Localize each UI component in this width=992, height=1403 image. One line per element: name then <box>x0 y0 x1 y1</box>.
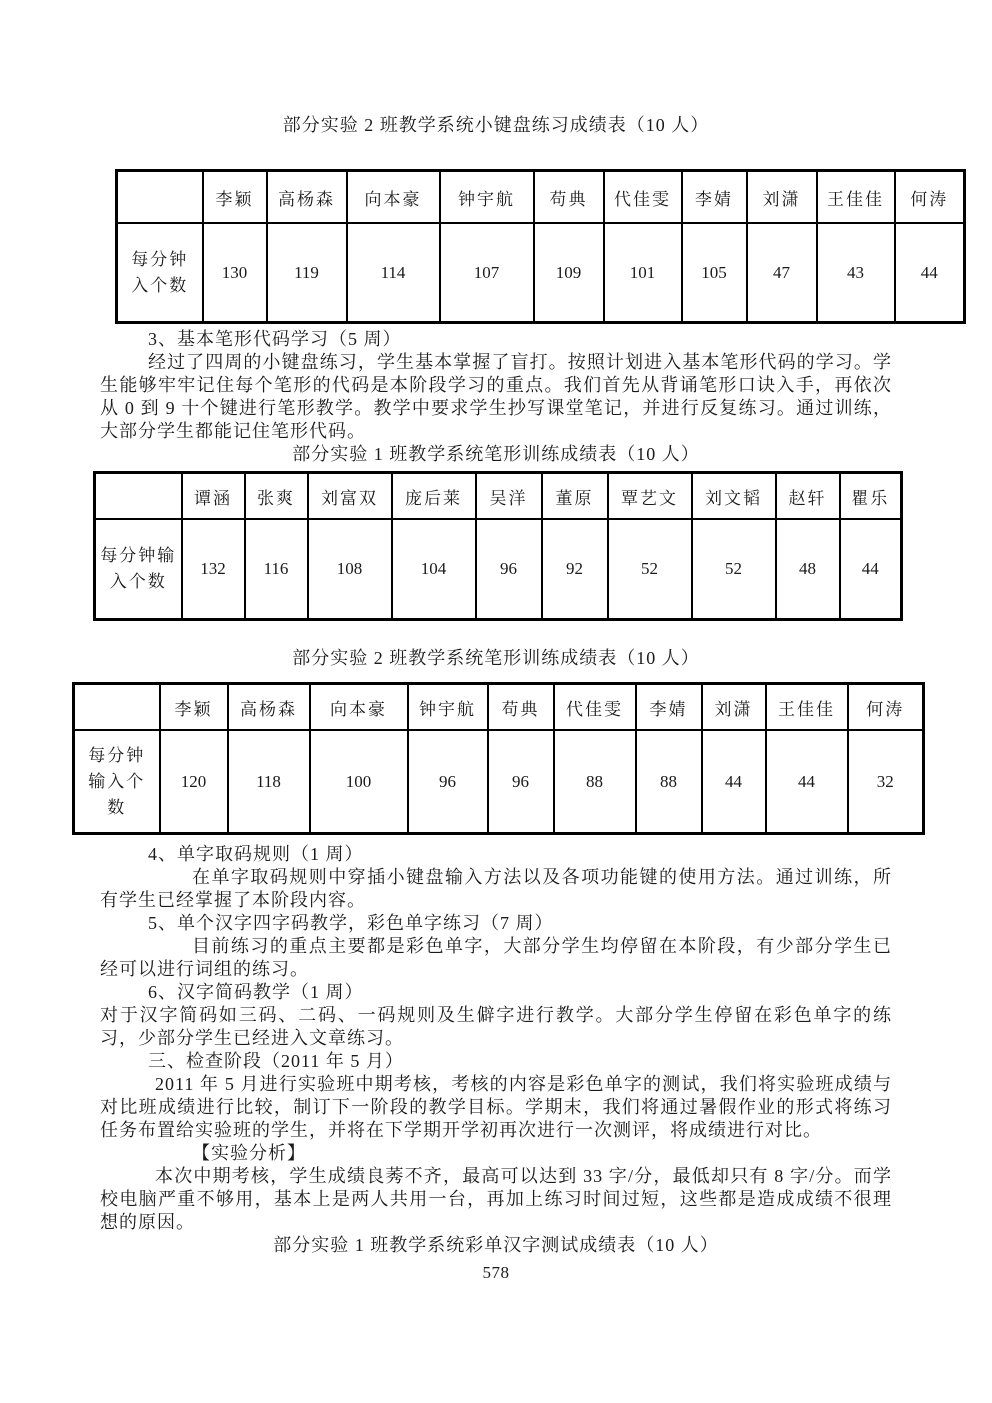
section-4-heading: 4、单字取码规则（1 周） <box>100 843 892 866</box>
score-cell: 100 <box>310 730 408 834</box>
student-name-cell: 钟宇航 <box>408 684 488 731</box>
analysis-heading: 【实验分析】 <box>100 1142 892 1165</box>
score-table-1: 李颖 高杨森 向本豪 钟宇航 苟典 代佳雯 李婧 刘潇 王佳佳 何涛 每分钟入个… <box>115 169 966 324</box>
student-name-cell: 赵轩 <box>776 473 840 520</box>
score-table-3: 李颖 高杨森 向本豪 钟宇航 苟典 代佳雯 李婧 刘潇 王佳佳 何涛 每分钟输入… <box>72 682 925 835</box>
row-label-cell: 每分钟入个数 <box>117 223 203 323</box>
table-4-title: 部分实验 1 班教学系统彩单汉字测试成绩表（10 人） <box>0 1234 992 1257</box>
section-5-paragraph: 目前练习的重点主要都是彩色单字，大部分学生均停留在本阶段，有少部分学生已经可以进… <box>100 935 892 981</box>
student-name-cell: 苟典 <box>488 684 554 731</box>
student-name-cell: 张爽 <box>245 473 308 520</box>
table-3-title: 部分实验 2 班教学系统笔形训练成绩表（10 人） <box>0 647 992 670</box>
student-name-cell: 向本豪 <box>347 171 440 224</box>
row-label-cell: 每分钟输入个数 <box>95 519 182 620</box>
student-name-cell: 何涛 <box>895 171 965 224</box>
score-table-2: 谭涵 张爽 刘富双 庞后莱 吴洋 董原 覃艺文 刘文韬 赵轩 瞿乐 每分钟输入个… <box>93 471 903 621</box>
score-cell: 132 <box>182 519 245 620</box>
section-3-heading: 3、基本笔形代码学习（5 周） <box>100 328 892 351</box>
score-cell: 52 <box>608 519 692 620</box>
table-row: 李颖 高杨森 向本豪 钟宇航 苟典 代佳雯 李婧 刘潇 王佳佳 何涛 <box>74 684 924 731</box>
table-1-title: 部分实验 2 班教学系统小键盘练习成绩表（10 人） <box>0 0 992 137</box>
analysis-paragraph: 本次中期考核，学生成绩良莠不齐，最高可以达到 33 字/分，最低却只有 8 字/… <box>100 1165 892 1234</box>
score-cell: 88 <box>636 730 702 834</box>
student-name-cell: 代佳雯 <box>554 684 636 731</box>
corner-cell <box>74 684 160 731</box>
student-name-cell: 高杨森 <box>267 171 347 224</box>
section-5-heading: 5、单个汉字四字码教学，彩色单字练习（7 周） <box>100 912 892 935</box>
student-name-cell: 刘潇 <box>747 171 817 224</box>
score-cell: 96 <box>408 730 488 834</box>
student-name-cell: 钟宇航 <box>440 171 534 224</box>
score-cell: 118 <box>228 730 310 834</box>
table-row: 李颖 高杨森 向本豪 钟宇航 苟典 代佳雯 李婧 刘潇 王佳佳 何涛 <box>117 171 965 224</box>
section-check-heading: 三、检查阶段（2011 年 5 月） <box>100 1050 892 1073</box>
score-cell: 119 <box>267 223 347 323</box>
section-check-paragraph: 2011 年 5 月进行实验班中期考核，考核的内容是彩色单字的测试，我们将实验班… <box>100 1073 892 1142</box>
table-row: 每分钟输入个数 120 118 100 96 96 88 88 44 44 32 <box>74 730 924 834</box>
table-row: 每分钟输入个数 132 116 108 104 96 92 52 52 48 4… <box>95 519 902 620</box>
score-cell: 92 <box>542 519 608 620</box>
student-name-cell: 刘文韬 <box>692 473 776 520</box>
score-cell: 43 <box>817 223 895 323</box>
table-row: 谭涵 张爽 刘富双 庞后莱 吴洋 董原 覃艺文 刘文韬 赵轩 瞿乐 <box>95 473 902 520</box>
student-name-cell: 李婧 <box>682 171 747 224</box>
section-4-paragraph: 在单字取码规则中穿插小键盘输入方法以及各项功能键的使用方法。通过训练，所有学生已… <box>100 866 892 912</box>
student-name-cell: 刘潇 <box>702 684 766 731</box>
student-name-cell: 王佳佳 <box>817 171 895 224</box>
score-cell: 44 <box>840 519 902 620</box>
score-cell: 44 <box>895 223 965 323</box>
score-cell: 44 <box>766 730 848 834</box>
score-cell: 52 <box>692 519 776 620</box>
student-name-cell: 谭涵 <box>182 473 245 520</box>
score-cell: 116 <box>245 519 308 620</box>
section-6-heading: 6、汉字简码教学（1 周） <box>100 981 892 1004</box>
page-number: 578 <box>0 1263 992 1283</box>
score-cell: 88 <box>554 730 636 834</box>
section-6-paragraph: 对于汉字简码如三码、二码、一码规则及生僻字进行教学。大部分学生停留在彩色单字的练… <box>100 1004 892 1050</box>
score-cell: 44 <box>702 730 766 834</box>
score-cell: 96 <box>476 519 542 620</box>
student-name-cell: 何涛 <box>848 684 924 731</box>
student-name-cell: 覃艺文 <box>608 473 692 520</box>
section-3-paragraph: 经过了四周的小键盘练习，学生基本掌握了盲打。按照计划进入基本笔形代码的学习。学生… <box>100 351 892 443</box>
student-name-cell: 苟典 <box>534 171 604 224</box>
score-cell: 48 <box>776 519 840 620</box>
student-name-cell: 王佳佳 <box>766 684 848 731</box>
score-cell: 120 <box>160 730 228 834</box>
table-2-title: 部分实验 1 班教学系统笔形训练成绩表（10 人） <box>0 443 992 466</box>
student-name-cell: 李颖 <box>160 684 228 731</box>
score-cell: 107 <box>440 223 534 323</box>
student-name-cell: 李颖 <box>203 171 267 224</box>
student-name-cell: 代佳雯 <box>604 171 682 224</box>
score-cell: 96 <box>488 730 554 834</box>
student-name-cell: 瞿乐 <box>840 473 902 520</box>
student-name-cell: 李婧 <box>636 684 702 731</box>
student-name-cell: 向本豪 <box>310 684 408 731</box>
student-name-cell: 刘富双 <box>308 473 392 520</box>
table-row: 每分钟入个数 130 119 114 107 109 101 105 47 43… <box>117 223 965 323</box>
student-name-cell: 高杨森 <box>228 684 310 731</box>
document-page: 部分实验 2 班教学系统小键盘练习成绩表（10 人） 李颖 高杨森 向本豪 钟宇… <box>0 0 992 1403</box>
student-name-cell: 董原 <box>542 473 608 520</box>
row-label-cell: 每分钟输入个数 <box>74 730 160 834</box>
corner-cell <box>95 473 182 520</box>
score-cell: 108 <box>308 519 392 620</box>
score-cell: 104 <box>392 519 476 620</box>
corner-cell <box>117 171 203 224</box>
score-cell: 105 <box>682 223 747 323</box>
score-cell: 32 <box>848 730 924 834</box>
score-cell: 130 <box>203 223 267 323</box>
student-name-cell: 庞后莱 <box>392 473 476 520</box>
score-cell: 47 <box>747 223 817 323</box>
score-cell: 114 <box>347 223 440 323</box>
score-cell: 101 <box>604 223 682 323</box>
score-cell: 109 <box>534 223 604 323</box>
student-name-cell: 吴洋 <box>476 473 542 520</box>
